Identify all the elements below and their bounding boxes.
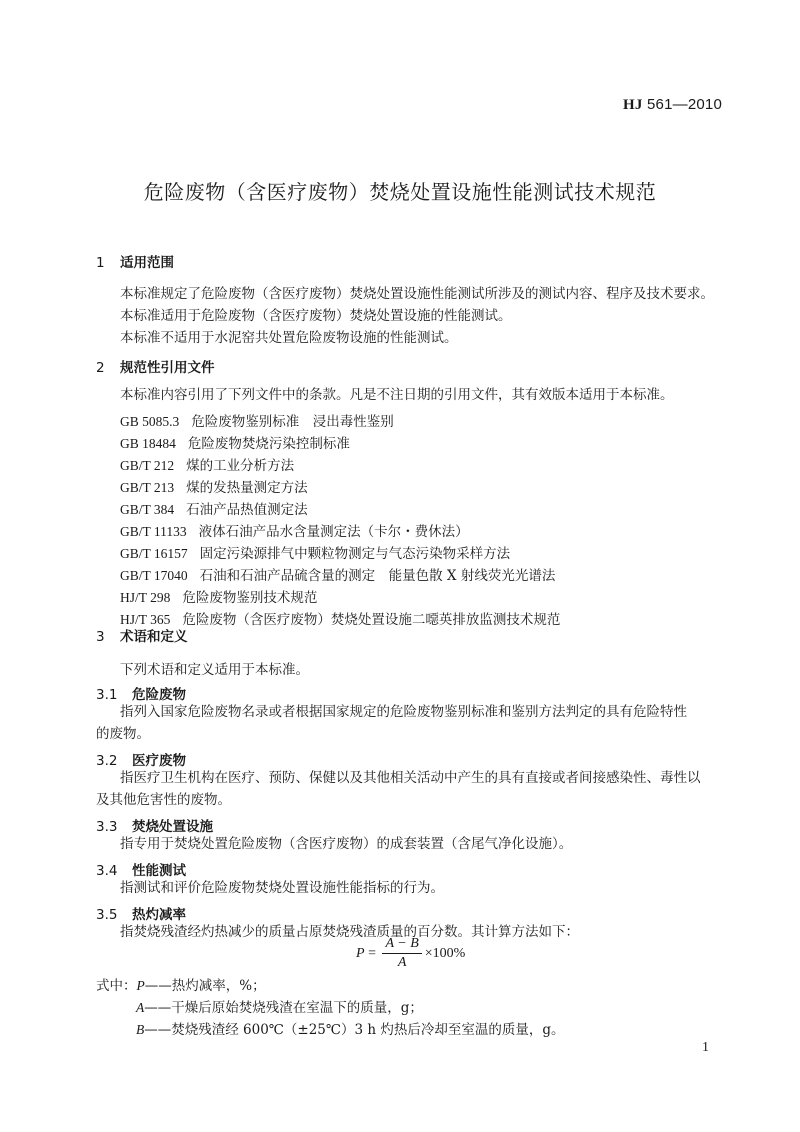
section-number: 1 <box>96 255 120 271</box>
variable-symbol: B <box>136 1022 144 1037</box>
reference-item: GB/T 11133液体石油产品水含量测定法（卡尔・费休法） <box>120 520 469 540</box>
reference-item: GB/T 16157固定污染源排气中颗粒物测定与气态污染物采样方法 <box>120 542 510 562</box>
formula-times: ×100% <box>425 946 466 962</box>
term-definition-continued: 及其他危害性的废物。 <box>96 789 726 811</box>
reference-title: 石油产品热值测定法 <box>186 502 308 518</box>
reference-code: GB/T 212 <box>120 458 174 473</box>
where-line: B——焚烧残渣经 600℃（±25℃）3 h 灼热后冷却至室温的质量，g。 <box>136 1018 565 1038</box>
formula-fraction: A − B A <box>382 936 421 971</box>
section-number: 3 <box>96 629 120 645</box>
document-page: HJ 561—2010 危险废物（含医疗废物）焚烧处置设施性能测试技术规范 1适… <box>0 0 800 1132</box>
reference-code: HJ/T 298 <box>120 590 170 605</box>
term-heading-3-2: 3.2医疗废物 <box>96 749 186 769</box>
reference-item: GB/T 17040石油和石油产品硫含量的测定 能量色散 X 射线荧光光谱法 <box>120 564 555 584</box>
paragraph: 本标准规定了危险废物（含医疗废物）焚烧处置设施性能测试所涉及的测试内容、程序及技… <box>120 283 750 305</box>
reference-code: GB/T 17040 <box>120 568 188 583</box>
paragraph: 本标准适用于危险废物（含医疗废物）焚烧处置设施的性能测试。 <box>120 305 750 327</box>
term-definition: 指列入国家危险废物名录或者根据国家规定的危险废物鉴别标准和鉴别方法判定的具有危险… <box>120 701 750 723</box>
reference-code: GB 18484 <box>120 436 176 451</box>
term-definition: 指专用于焚烧处置危险废物（含医疗废物）的成套装置（含尾气净化设施）。 <box>120 833 750 855</box>
standard-code-number: 561—2010 <box>643 96 722 113</box>
reference-item: GB/T 213煤的发热量测定方法 <box>120 476 308 496</box>
standard-code: HJ 561—2010 <box>623 96 722 114</box>
variable-symbol: P <box>137 978 145 993</box>
reference-title: 液体石油产品水含量测定法（卡尔・费休法） <box>199 524 469 540</box>
reference-item: HJ/T 298危险废物鉴别技术规范 <box>120 586 317 606</box>
reference-item: GB 5085.3危险废物鉴别标准 浸出毒性鉴别 <box>120 410 394 430</box>
reference-title: 危险废物鉴别标准 浸出毒性鉴别 <box>191 414 394 430</box>
reference-title: 煤的工业分析方法 <box>186 458 294 474</box>
section-1-heading: 1适用范围 <box>96 251 174 271</box>
reference-title: 危险废物（含医疗废物）焚烧处置设施二噁英排放监测技术规范 <box>182 612 560 628</box>
formula-equals: = <box>365 946 380 962</box>
reference-title: 危险废物鉴别技术规范 <box>182 590 317 606</box>
paragraph: 下列术语和定义适用于本标准。 <box>120 659 750 681</box>
document-title: 危险废物（含医疗废物）焚烧处置设施性能测试技术规范 <box>0 176 800 205</box>
term-definition: 指医疗卫生机构在医疗、预防、保健以及其他相关活动中产生的具有直接或者间接感染性、… <box>120 767 750 789</box>
reference-code: GB/T 213 <box>120 480 174 495</box>
term-heading-3-3: 3.3焚烧处置设施 <box>96 815 213 835</box>
reference-title: 石油和石油产品硫含量的测定 能量色散 X 射线荧光光谱法 <box>200 568 556 584</box>
term-heading-3-5: 3.5热灼减率 <box>96 903 186 923</box>
reference-item: GB 18484危险废物焚烧污染控制标准 <box>120 432 350 452</box>
reference-title: 固定污染源排气中颗粒物测定与气态污染物采样方法 <box>200 546 511 562</box>
variable-description: ——干燥后原始焚烧残渣在室温下的质量，g； <box>144 1000 423 1016</box>
variable-description: ——热灼减率，%； <box>145 978 266 994</box>
term-heading-3-4: 3.4性能测试 <box>96 859 186 879</box>
paragraph: 本标准内容引用了下列文件中的条款。凡是不注日期的引用文件，其有效版本适用于本标准… <box>120 384 750 406</box>
where-prefix: 式中： <box>96 978 137 994</box>
section-title: 术语和定义 <box>120 629 188 645</box>
standard-code-prefix: HJ <box>623 97 643 113</box>
reference-item: GB/T 212煤的工业分析方法 <box>120 454 294 474</box>
section-title: 适用范围 <box>120 255 174 271</box>
formula: P = A − B A ×100% <box>356 936 465 971</box>
section-3-heading: 3术语和定义 <box>96 625 188 645</box>
section-number: 2 <box>96 360 120 376</box>
reference-code: GB/T 11133 <box>120 524 187 539</box>
formula-lhs: P <box>356 946 365 962</box>
reference-title: 危险废物焚烧污染控制标准 <box>188 436 350 452</box>
reference-title: 煤的发热量测定方法 <box>186 480 308 496</box>
formula-denominator: A <box>398 954 407 971</box>
section-title: 规范性引用文件 <box>120 360 215 376</box>
paragraph: 本标准不适用于水泥窑共处置危险废物设施的性能测试。 <box>120 327 750 349</box>
term-definition-continued: 的废物。 <box>96 723 726 745</box>
variable-symbol: A <box>136 1000 144 1015</box>
page-number: 1 <box>702 1040 709 1056</box>
term-heading-3-1: 3.1危险废物 <box>96 683 186 703</box>
variable-description: ——焚烧残渣经 600℃（±25℃）3 h 灼热后冷却至室温的质量，g。 <box>144 1022 564 1038</box>
reference-item: GB/T 384石油产品热值测定法 <box>120 498 308 518</box>
reference-code: GB 5085.3 <box>120 414 179 429</box>
where-line: A——干燥后原始焚烧残渣在室温下的质量，g； <box>136 996 423 1016</box>
reference-code: GB/T 16157 <box>120 546 188 561</box>
where-line: 式中：P——热灼减率，%； <box>96 974 266 994</box>
section-2-heading: 2规范性引用文件 <box>96 356 215 376</box>
formula-numerator: A − B <box>382 936 421 954</box>
term-definition: 指测试和评价危险废物焚烧处置设施性能指标的行为。 <box>120 877 750 899</box>
reference-code: GB/T 384 <box>120 502 174 517</box>
